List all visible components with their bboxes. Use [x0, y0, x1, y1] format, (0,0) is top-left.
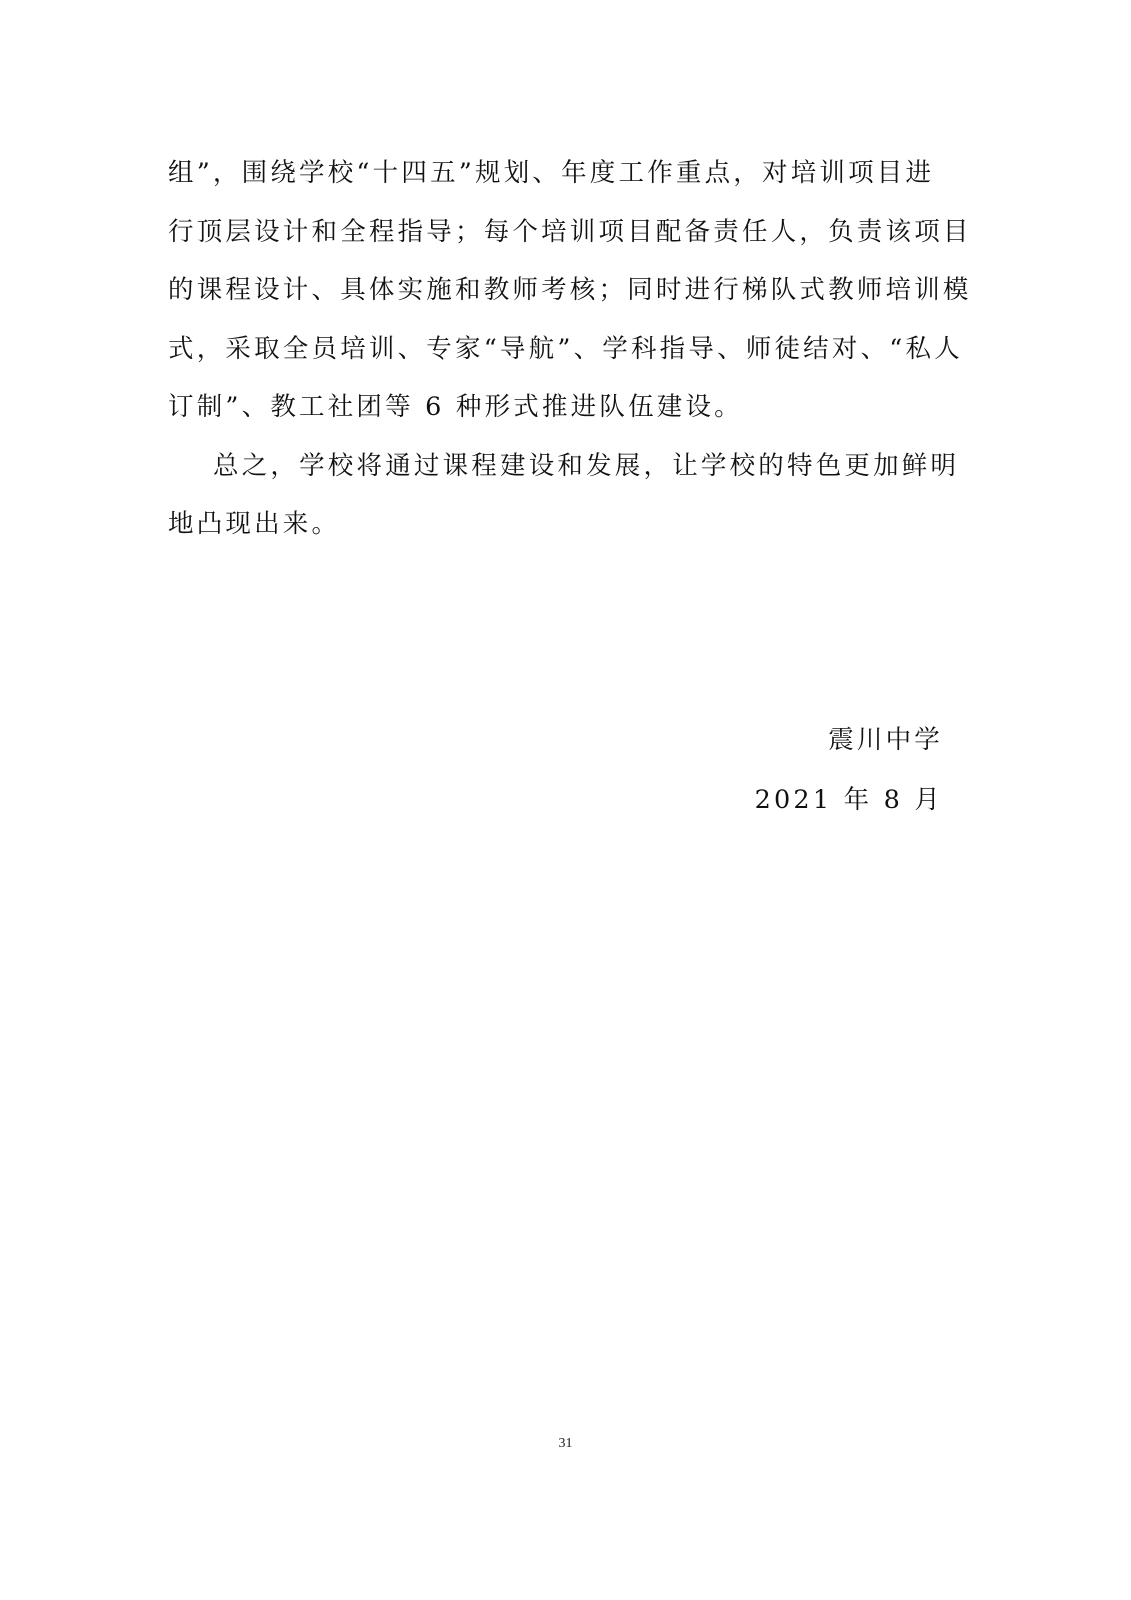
text-line: 行顶层设计和全程指导；每个培训项目配备责任人，负责该项目 [168, 203, 943, 262]
document-page: 组”，围绕学校“十四五”规划、年度工作重点，对培训项目进 行顶层设计和全程指导；… [0, 0, 1131, 1600]
signature-organization: 震川中学 [755, 710, 943, 770]
signature-block: 震川中学 2021 年 8 月 [755, 710, 943, 830]
text-line: 订制”、教工社团等 6 种形式推进队伍建设。 [168, 378, 943, 437]
text-line: 总之，学校将通过课程建设和发展，让学校的特色更加鲜明 [168, 437, 943, 496]
text-line: 式，采取全员培训、专家“导航”、学科指导、师徒结对、“私人 [168, 320, 943, 379]
paragraph-2: 总之，学校将通过课程建设和发展，让学校的特色更加鲜明 地凸现出来。 [168, 437, 943, 554]
text-line: 地凸现出来。 [168, 495, 943, 554]
signature-date: 2021 年 8 月 [755, 770, 943, 830]
page-number: 31 [0, 1436, 1131, 1452]
paragraph-1: 组”，围绕学校“十四五”规划、年度工作重点，对培训项目进 行顶层设计和全程指导；… [168, 144, 943, 437]
text-line: 组”，围绕学校“十四五”规划、年度工作重点，对培训项目进 [168, 144, 943, 203]
body-text: 组”，围绕学校“十四五”规划、年度工作重点，对培训项目进 行顶层设计和全程指导；… [168, 144, 943, 554]
text-line: 的课程设计、具体实施和教师考核；同时进行梯队式教师培训模 [168, 261, 943, 320]
